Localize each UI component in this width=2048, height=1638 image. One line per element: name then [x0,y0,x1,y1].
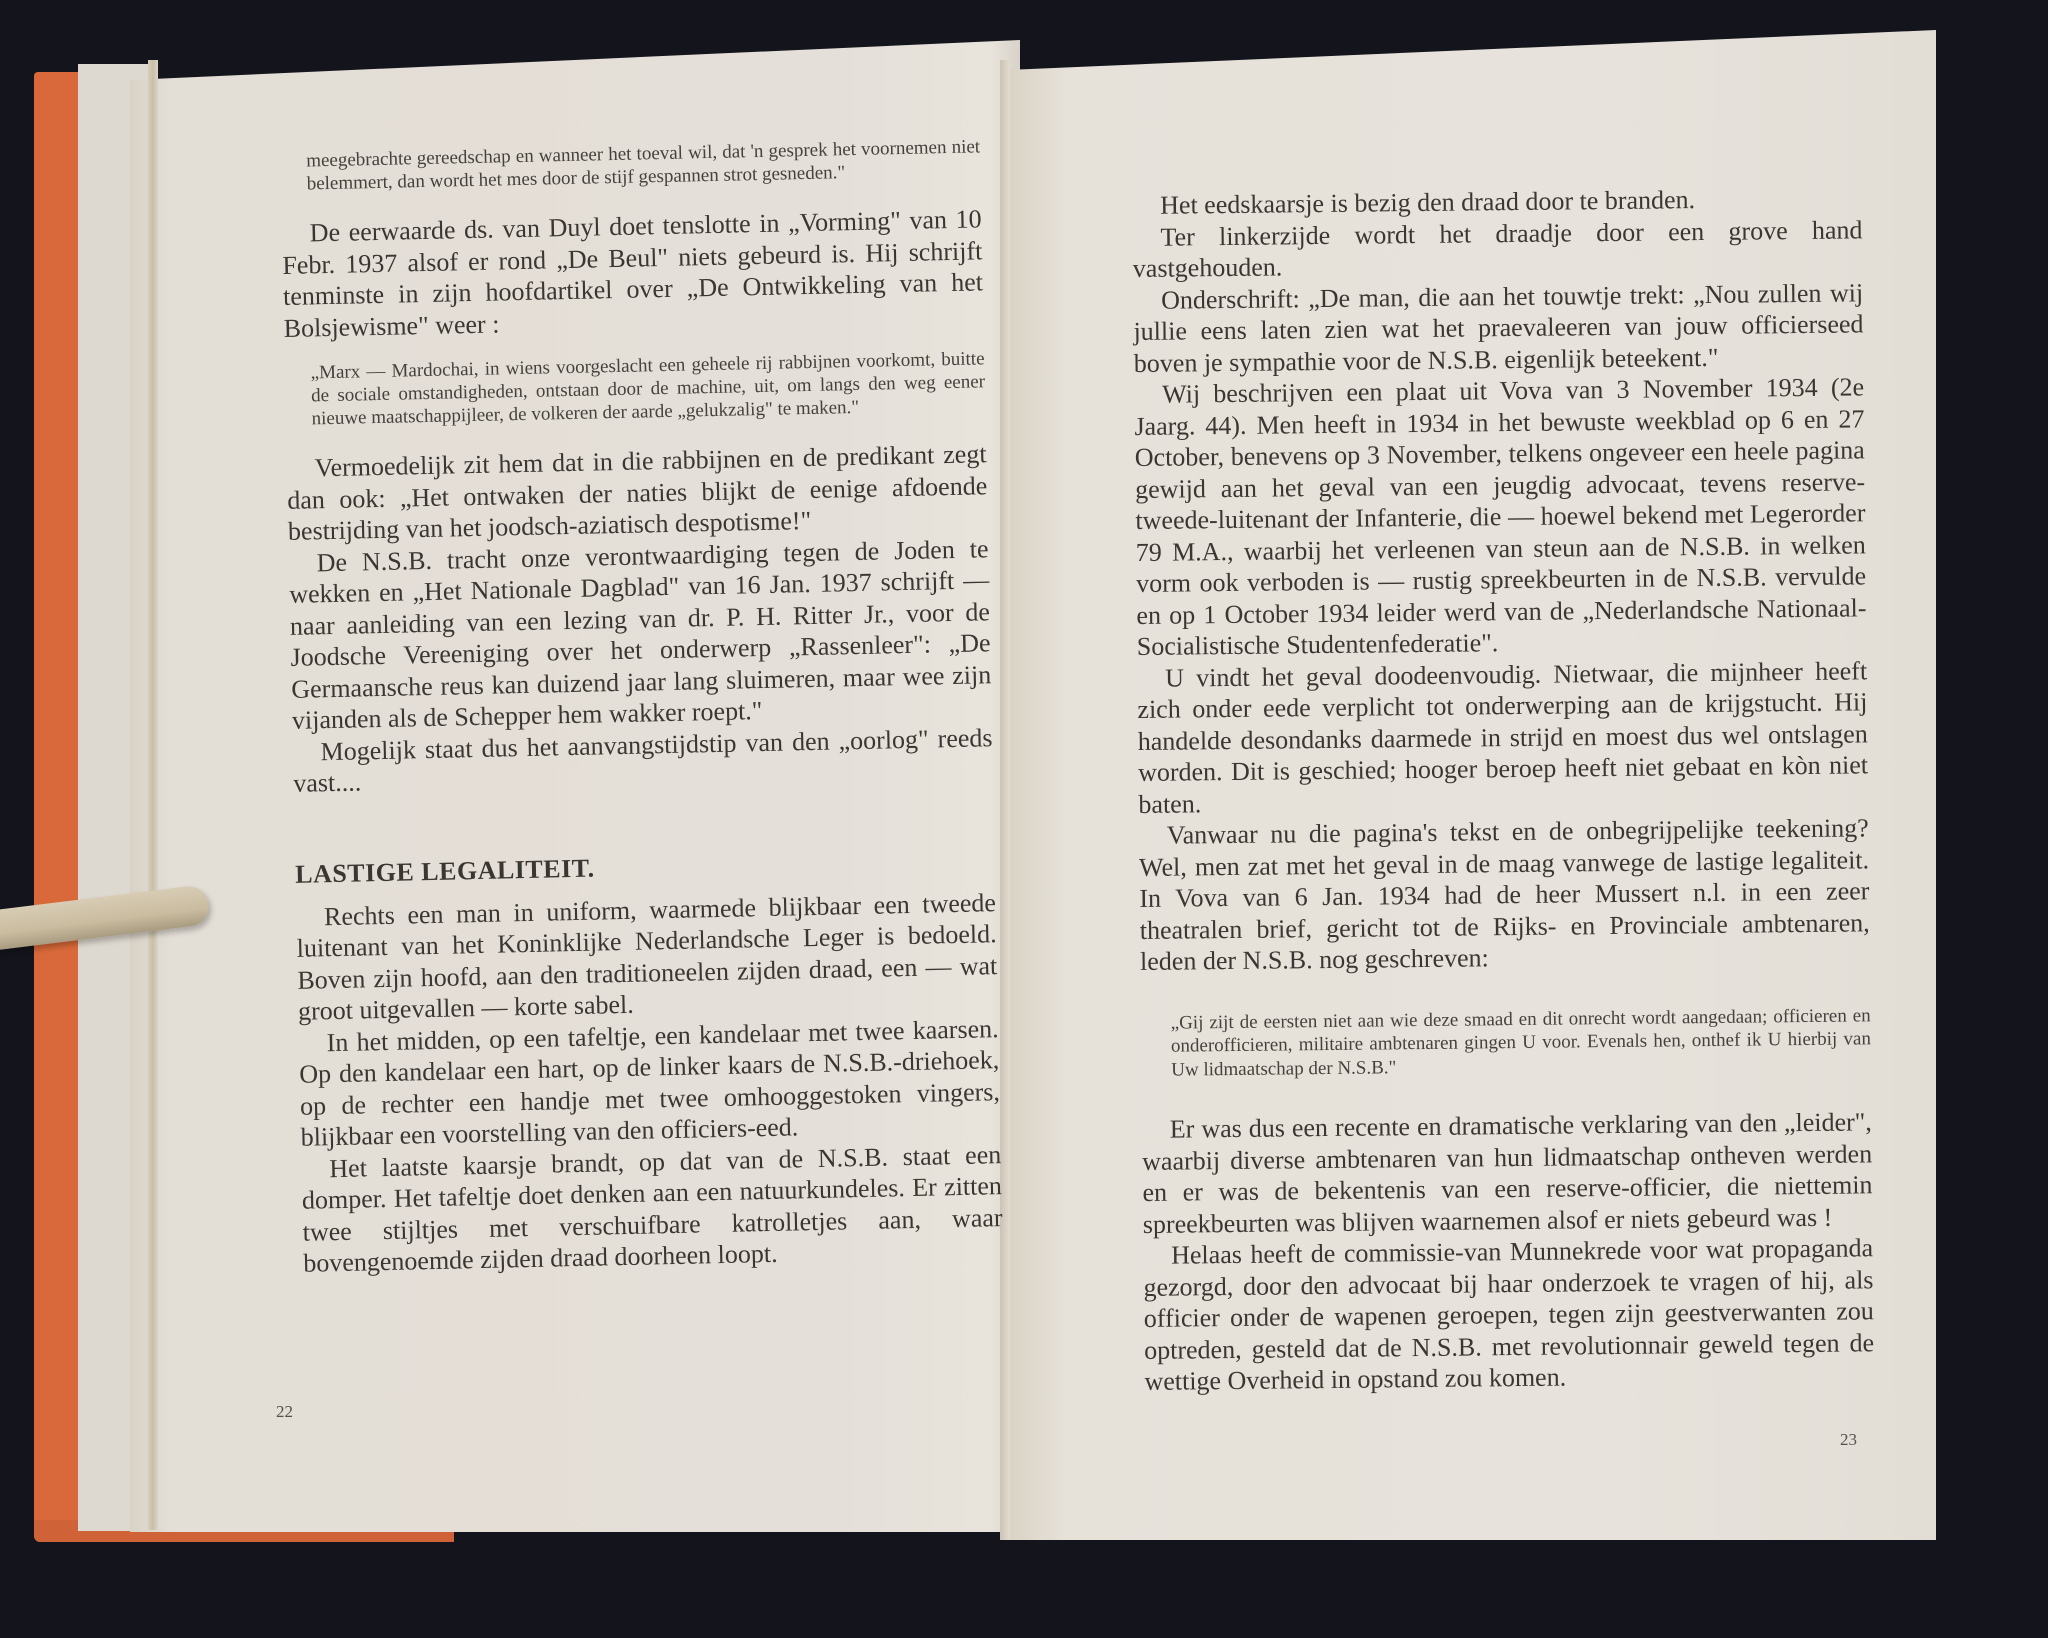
paragraph: Rechts een man in uniform, waarmede blij… [296,887,998,1028]
marx-quote: „Marx — Mardochai, in wiens voorgeslacht… [284,347,985,431]
page-number-left: 22 [276,1402,293,1422]
right-body-top: Het eedskaarsje is bezig den draad door … [1132,182,1870,977]
page-number-right: 23 [1840,1430,1857,1450]
right-body-bottom: Er was dus een recente en dramatische ve… [1142,1106,1875,1397]
book-gutter [1000,60,1010,1540]
left-page-text: meegebrachte gereedschap en wanneer het … [280,135,1004,1279]
paragraph: Ter linkerzijde wordt het draadje door e… [1132,214,1863,285]
section-heading: LASTIGE LEGALITEIT. [295,845,995,890]
paragraph: De N.S.B. tracht onze verontwaardiging t… [288,533,992,737]
left-body-middle: Vermoedelijk zit hem dat in die rabbijne… [286,438,993,799]
paragraph: U vindt het geval doodeenvoudig. Nietwaa… [1137,655,1869,820]
right-page-text: Het eedskaarsje is bezig den draad door … [1132,182,1875,1397]
paragraph: Helaas heeft de commissie-van Munnekrede… [1143,1232,1875,1397]
paragraph: In het midden, op een tafeltje, een kand… [298,1013,1000,1154]
left-body-section: Rechts een man in uniform, waarmede blij… [296,887,1004,1280]
paragraph: De eerwaarde ds. van Duyl doet tenslotte… [281,203,983,344]
left-page-fold [148,60,158,1530]
mussert-quote: „Gij zijt de eersten niet aan wie deze s… [1141,1004,1872,1082]
left-body-top: De eerwaarde ds. van Duyl doet tenslotte… [281,203,983,344]
paragraph: Wij beschrijven een plaat uit Vova van 3… [1134,371,1867,662]
paragraph: Vanwaar nu die pagina's tekst en de onbe… [1139,812,1871,977]
paragraph: Het laatste kaarsje brandt, op dat van d… [301,1139,1003,1280]
paragraph: Vermoedelijk zit hem dat in die rabbijne… [286,438,988,547]
paragraph: Onderschrift: „De man, die aan het touwt… [1133,277,1864,379]
paragraph: Er was dus een recente en dramatische ve… [1142,1106,1873,1240]
